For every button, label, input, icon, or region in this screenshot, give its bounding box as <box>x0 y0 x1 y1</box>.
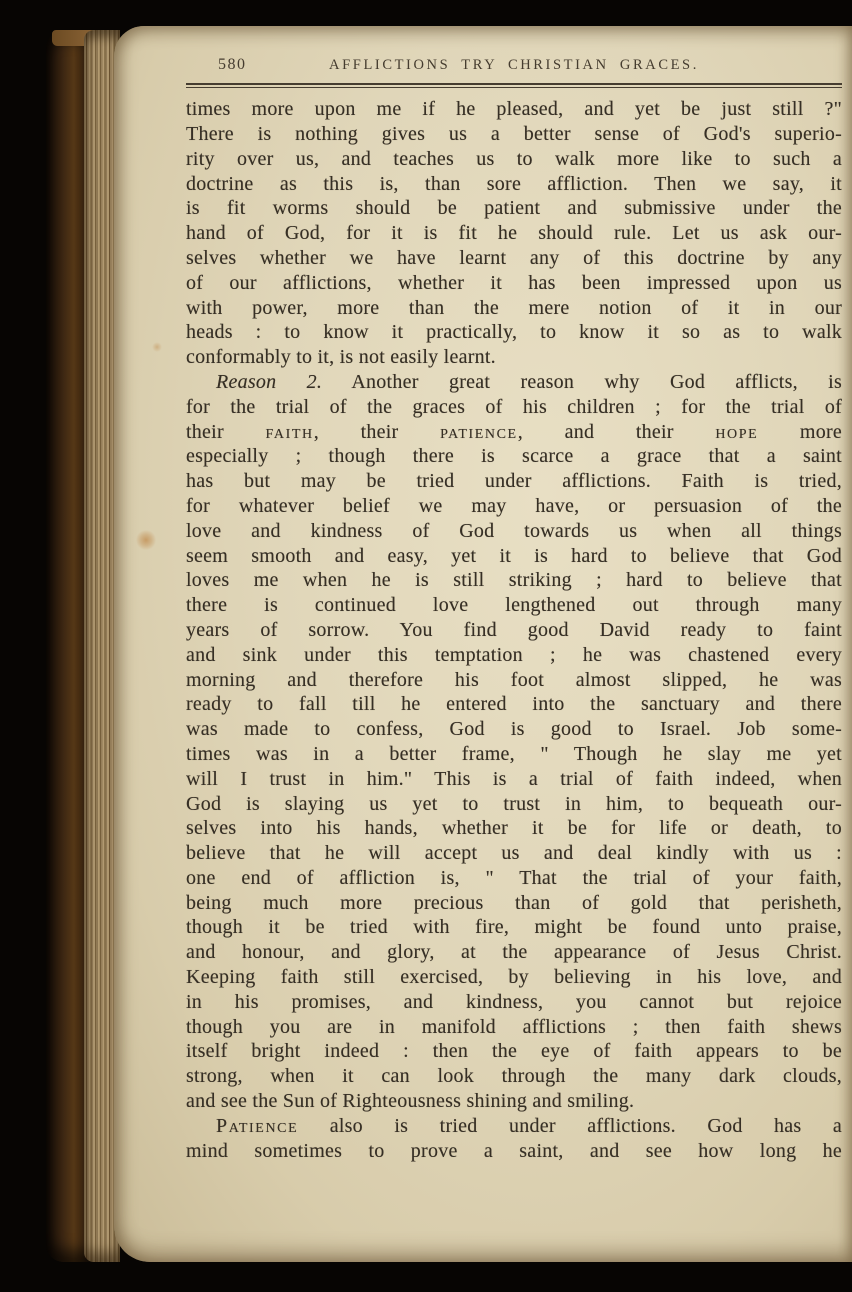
text-line: love and kindness of God towards us when… <box>186 519 842 544</box>
text-segment: is fit worms should be patient and submi… <box>186 197 842 219</box>
text-line: for whatever belief we may have, or pers… <box>186 494 842 519</box>
text-segment: in his promises, and kindness, you canno… <box>186 991 842 1013</box>
text-line: strong, when it can look through the man… <box>186 1064 842 1089</box>
text-line: itself bright indeed : then the eye of f… <box>186 1039 842 1064</box>
text-segment: ready to fall till he entered into the s… <box>186 693 842 715</box>
text-line: and see the Sun of Righteousness shining… <box>186 1089 842 1114</box>
text-segment: hand of God, for it is fit he should rul… <box>186 222 842 244</box>
text-segment: itself bright indeed : then the eye of f… <box>186 1040 842 1062</box>
text-segment: Another great reason why God afflicts, i… <box>322 371 842 393</box>
text-segment: conformably to it, is not easily learnt. <box>186 346 496 368</box>
text-segment: believe that he will accept us and deal … <box>186 842 842 864</box>
text-line: ready to fall till he entered into the s… <box>186 692 842 717</box>
text-segment: was made to confess, God is good to Isra… <box>186 718 842 740</box>
text-segment: , their <box>314 421 440 443</box>
text-line: especially ; though there is scarce a gr… <box>186 444 842 469</box>
text-line: God is slaying us yet to trust in him, t… <box>186 792 842 817</box>
text-line: being much more precious than of gold th… <box>186 891 842 916</box>
text-line: has but may be tried under afflictions. … <box>186 469 842 494</box>
text-segment: selves into his hands, whether it be for… <box>186 817 842 839</box>
text-segment: rity over us, and teaches us to walk mor… <box>186 148 842 170</box>
text-segment: though you are in manifold afflictions ;… <box>186 1016 842 1038</box>
text-block: times more upon me if he pleased, and ye… <box>186 97 842 1163</box>
text-line: was made to confess, God is good to Isra… <box>186 717 842 742</box>
text-line: times more upon me if he pleased, and ye… <box>186 97 842 122</box>
text-segment: hope <box>715 421 758 443</box>
text-segment: though it be tried with fire, might be f… <box>186 916 842 938</box>
text-line: though it be tried with fire, might be f… <box>186 915 842 940</box>
text-segment: for the trial of the graces of his child… <box>186 396 842 418</box>
text-line: seem smooth and easy, yet it is hard to … <box>186 544 842 569</box>
page-number: 580 <box>218 56 247 74</box>
text-segment: and honour, and glory, at the appearance… <box>186 941 842 963</box>
text-segment: love and kindness of God towards us when… <box>186 520 842 542</box>
book-page: 580 AFFLICTIONS TRY CHRISTIAN GRACES. ti… <box>114 26 852 1262</box>
text-line: morning and therefore his foot almost sl… <box>186 668 842 693</box>
text-segment: strong, when it can look through the man… <box>186 1065 842 1087</box>
text-line: believe that he will accept us and deal … <box>186 841 842 866</box>
text-segment: with power, more than the mere notion of… <box>186 297 842 319</box>
foxing-stain <box>152 342 162 352</box>
text-line: of our afflictions, whether it has been … <box>186 271 842 296</box>
text-segment: selves whether we have learnt any of thi… <box>186 247 842 269</box>
text-segment: Keeping faith still exercised, by believ… <box>186 966 842 988</box>
text-line: in his promises, and kindness, you canno… <box>186 990 842 1015</box>
text-line: their faith, their patience, and their h… <box>186 420 842 445</box>
text-line: selves whether we have learnt any of thi… <box>186 246 842 271</box>
text-line: will I trust in him." This is a trial of… <box>186 767 842 792</box>
text-line: is fit worms should be patient and submi… <box>186 196 842 221</box>
text-line: one end of affliction is, " That the tri… <box>186 866 842 891</box>
text-segment: more <box>758 421 842 443</box>
text-segment: , and their <box>518 421 716 443</box>
text-segment: will I trust in him." This is a trial of… <box>186 768 842 790</box>
book-scan: { "scan": { "background_color": "#070503… <box>0 0 852 1292</box>
text-line: Keeping faith still exercised, by believ… <box>186 965 842 990</box>
text-segment: times was in a better frame, " Though he… <box>186 743 842 765</box>
text-segment: God is slaying us yet to trust in him, t… <box>186 793 842 815</box>
text-segment: times more upon me if he pleased, and ye… <box>186 98 842 120</box>
text-line: conformably to it, is not easily learnt. <box>186 345 842 370</box>
text-line: though you are in manifold afflictions ;… <box>186 1015 842 1040</box>
header-rule <box>186 83 842 88</box>
text-segment: There is nothing gives us a better sense… <box>186 123 842 145</box>
text-line: and sink under this temptation ; he was … <box>186 643 842 668</box>
page-header: 580 AFFLICTIONS TRY CHRISTIAN GRACES. <box>186 54 842 78</box>
text-line: Reason 2. Another great reason why God a… <box>186 370 842 395</box>
text-line: Patience also is tried under afflictions… <box>186 1114 842 1139</box>
text-line: for the trial of the graces of his child… <box>186 395 842 420</box>
text-segment: heads : to know it practically, to know … <box>186 321 842 343</box>
text-segment: faith <box>266 421 314 443</box>
text-segment: of our afflictions, whether it has been … <box>186 272 842 294</box>
text-segment: loves me when he is still striking ; har… <box>186 569 842 591</box>
page-content: 580 AFFLICTIONS TRY CHRISTIAN GRACES. ti… <box>186 54 842 1163</box>
text-segment: being much more precious than of gold th… <box>186 892 842 914</box>
text-line: loves me when he is still striking ; har… <box>186 568 842 593</box>
text-segment: Reason 2. <box>216 371 322 393</box>
text-segment: has but may be tried under afflictions. … <box>186 470 842 492</box>
text-segment: patience <box>440 421 518 443</box>
text-line: years of sorrow. You find good David rea… <box>186 618 842 643</box>
text-line: doctrine as this is, than sore afflictio… <box>186 172 842 197</box>
text-segment: also is tried under afflictions. God has… <box>298 1115 842 1137</box>
text-line: with power, more than the mere notion of… <box>186 296 842 321</box>
text-line: mind sometimes to prove a saint, and see… <box>186 1139 842 1164</box>
foxing-stain <box>136 530 156 550</box>
text-segment: Patience <box>216 1115 298 1137</box>
text-segment: and see the Sun of Righteousness shining… <box>186 1090 634 1112</box>
text-line: hand of God, for it is fit he should rul… <box>186 221 842 246</box>
text-segment: doctrine as this is, than sore afflictio… <box>186 173 842 195</box>
text-segment: mind sometimes to prove a saint, and see… <box>186 1140 842 1162</box>
text-line: There is nothing gives us a better sense… <box>186 122 842 147</box>
running-title: AFFLICTIONS TRY CHRISTIAN GRACES. <box>186 54 842 74</box>
text-segment: especially ; though there is scarce a gr… <box>186 445 842 467</box>
text-line: selves into his hands, whether it be for… <box>186 816 842 841</box>
text-segment: morning and therefore his foot almost sl… <box>186 669 842 691</box>
text-line: heads : to know it practically, to know … <box>186 320 842 345</box>
text-segment: one end of affliction is, " That the tri… <box>186 867 842 889</box>
text-segment: years of sorrow. You find good David rea… <box>186 619 842 641</box>
text-line: rity over us, and teaches us to walk mor… <box>186 147 842 172</box>
text-segment: seem smooth and easy, yet it is hard to … <box>186 545 842 567</box>
text-segment: their <box>186 421 266 443</box>
text-line: times was in a better frame, " Though he… <box>186 742 842 767</box>
text-segment: for whatever belief we may have, or pers… <box>186 495 842 517</box>
text-segment: there is continued love lengthened out t… <box>186 594 842 616</box>
text-line: and honour, and glory, at the appearance… <box>186 940 842 965</box>
text-segment: and sink under this temptation ; he was … <box>186 644 842 666</box>
text-line: there is continued love lengthened out t… <box>186 593 842 618</box>
